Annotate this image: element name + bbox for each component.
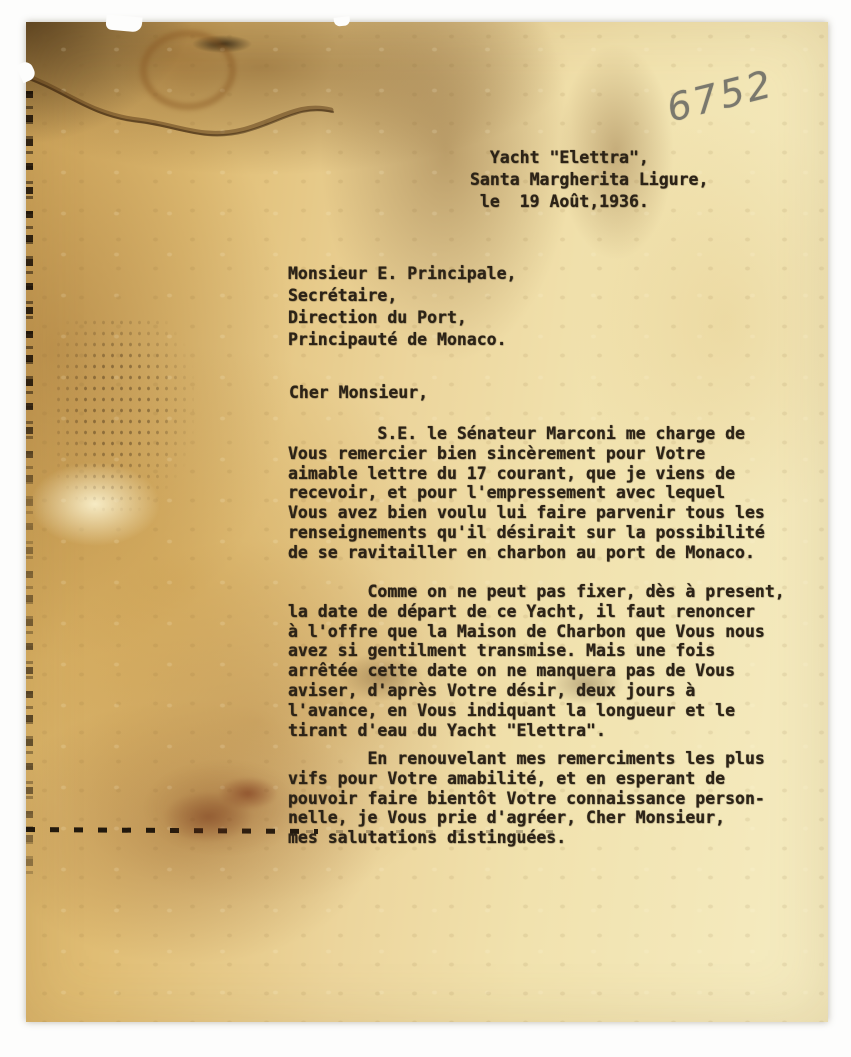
- salutation-line: Cher Monsieur,: [289, 382, 428, 404]
- paragraph-3: En renouvelant mes remerciments les plus…: [288, 749, 765, 848]
- letterhead-block: Yacht "Elettra", Santa Margherita Ligure…: [470, 147, 708, 213]
- paragraph-1: S.E. le Sénateur Marconi me charge de Vo…: [288, 424, 765, 563]
- letter-page: 6752 Yacht "Elettra", Santa Margherita L…: [26, 22, 828, 1022]
- scanner-background: 6752 Yacht "Elettra", Santa Margherita L…: [0, 0, 851, 1057]
- recipient-address-block: Monsieur E. Principale, Secrétaire, Dire…: [288, 263, 516, 351]
- paragraph-2: Comme on ne peut pas fixer, dès à presen…: [288, 582, 785, 740]
- torn-edge-notch-top: [105, 14, 142, 32]
